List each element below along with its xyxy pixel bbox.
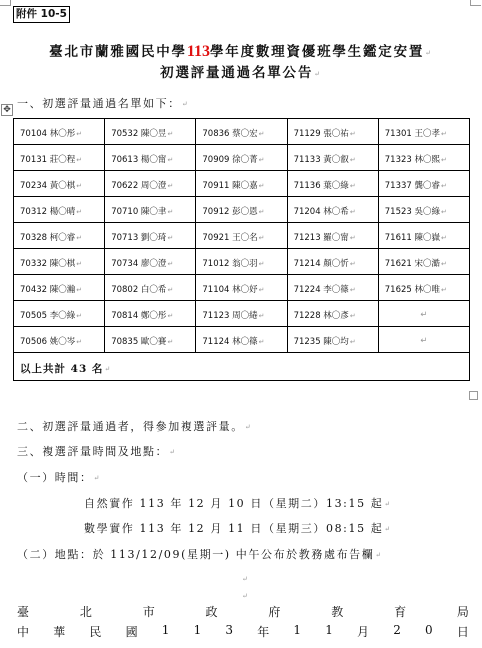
empty-cell: ↵: [378, 301, 469, 327]
student-entry: 70622 周〇澄: [111, 181, 166, 191]
table-row: 70234 黃〇棋↵70622 周〇澄↵70911 陳〇嘉↵71136 葉〇綠↵…: [14, 171, 470, 197]
date-char: 2: [393, 623, 401, 640]
student-cell: 71611 陳〇嶽↵: [378, 223, 469, 249]
page-corner-mark: [0, 0, 11, 6]
table-row: 70104 林〇彤↵70532 陳〇昱↵70836 蔡〇宏↵71129 張〇祐↵…: [14, 119, 470, 145]
student-entry: 71337 龔〇睿: [385, 181, 440, 191]
date-char: 國: [126, 623, 138, 640]
student-cell: 71133 黃〇叡↵: [287, 145, 378, 171]
table-row: 70131 莊〇程↵70613 楊〇甯↵70909 徐〇菁↵71133 黃〇叡↵…: [14, 145, 470, 171]
issue-date-line: 中華民國113年11月20日: [17, 623, 469, 640]
student-cell: 70234 黃〇棋↵: [14, 171, 105, 197]
schedule-math: 數學實作 113 年 12 月 11 日（星期三）08:15 起↵: [84, 520, 392, 536]
student-entry: 70505 李〇綠: [20, 311, 75, 321]
student-entry: 71228 林〇彥: [294, 311, 349, 321]
issuer-char: 市: [143, 603, 155, 620]
student-entry: 71621 宋〇澔: [385, 259, 440, 269]
student-cell: 70710 陳〇聿↵: [105, 197, 196, 223]
issuer-char: 政: [206, 603, 218, 620]
student-cell: 70532 陳〇昱↵: [105, 119, 196, 145]
student-entry: 71204 林〇希: [294, 207, 349, 217]
date-char: 3: [225, 623, 233, 640]
table-row: 70332 陳〇棋↵70734 廖〇澄↵71012 翁〇羽↵71214 顏〇忻↵…: [14, 249, 470, 275]
subsection-location: （二）地點：於 113/12/09(星期一) 中午公布於教務處布告欄↵: [17, 546, 383, 562]
student-entry: 70332 陳〇棋: [20, 259, 75, 269]
student-entry: 70713 劉〇琦: [111, 233, 166, 243]
student-cell: 70835 歐〇賽↵: [105, 327, 196, 353]
student-entry: 71224 李〇篠: [294, 285, 349, 295]
section-2-text: 二、初選評量通過者，得參加複選評量。↵: [17, 418, 252, 434]
student-cell: 70909 徐〇菁↵: [196, 145, 287, 171]
student-cell: 70332 陳〇棋↵: [14, 249, 105, 275]
student-cell: 70131 莊〇程↵: [14, 145, 105, 171]
student-entry: 70912 彭〇恩: [202, 207, 257, 217]
student-cell: 71323 林〇熙↵: [378, 145, 469, 171]
student-cell: 70104 林〇彤↵: [14, 119, 105, 145]
table-row: 70506 姚〇岑↵70835 歐〇賽↵71124 林〇篠↵71235 陳〇均↵…: [14, 327, 470, 353]
student-entry: 70532 陳〇昱: [111, 129, 166, 139]
school-year-highlight: 113: [187, 43, 210, 60]
student-entry: 71611 陳〇嶽: [385, 233, 440, 243]
empty-cell: ↵: [378, 327, 469, 353]
student-entry: 70911 陳〇嘉: [202, 181, 257, 191]
section-3-heading: 三、複選評量時間及地點：↵: [17, 443, 177, 459]
student-cell: 70921 王〇名↵: [196, 223, 287, 249]
student-cell: 70506 姚〇岑↵: [14, 327, 105, 353]
issuer-char: 育: [394, 603, 406, 620]
student-entry: 71214 顏〇忻: [294, 259, 349, 269]
date-char: 中: [17, 623, 29, 640]
date-char: 1: [325, 623, 333, 640]
date-char: 0: [425, 623, 433, 640]
total-count: 以上共計 43 名↵: [14, 353, 470, 381]
student-cell: 71301 王〇孝↵: [378, 119, 469, 145]
student-entry: 70921 王〇名: [202, 233, 257, 243]
issuer-char: 教: [331, 603, 343, 620]
student-entry: 70131 莊〇程: [20, 155, 75, 165]
student-cell: 71104 林〇妤↵: [196, 275, 287, 301]
issuer-char: 臺: [17, 603, 29, 620]
student-cell: 71228 林〇彥↵: [287, 301, 378, 327]
table-move-handle-icon[interactable]: ✥: [1, 104, 13, 116]
schedule-science: 自然實作 113 年 12 月 10 日（星期二）13:15 起↵: [84, 495, 392, 511]
student-cell: 70328 柯〇睿↵: [14, 223, 105, 249]
table-row: 70328 柯〇睿↵70713 劉〇琦↵70921 王〇名↵71213 羅〇甯↵…: [14, 223, 470, 249]
student-cell: 71213 羅〇甯↵: [287, 223, 378, 249]
student-cell: 70836 蔡〇宏↵: [196, 119, 287, 145]
date-char: 月: [357, 623, 369, 640]
student-entry: 71129 張〇祐: [294, 129, 349, 139]
student-entry: 70835 歐〇賽: [111, 337, 166, 347]
student-entry: 71235 陳〇均: [294, 337, 349, 347]
date-char: 民: [89, 623, 101, 640]
student-entry: 70234 黃〇棋: [20, 181, 75, 191]
passed-students-table: 70104 林〇彤↵70532 陳〇昱↵70836 蔡〇宏↵71129 張〇祐↵…: [13, 118, 470, 381]
student-entry: 71123 周〇綣: [202, 311, 257, 321]
student-cell: 71136 葉〇綠↵: [287, 171, 378, 197]
empty-paragraph: ↵: [241, 589, 249, 602]
table-total-row: 以上共計 43 名↵: [14, 353, 470, 381]
student-entry: 71012 翁〇羽: [202, 259, 257, 269]
student-entry: 70104 林〇彤: [20, 129, 75, 139]
date-char: 華: [53, 623, 65, 640]
date-char: 年: [257, 623, 269, 640]
page-corner-mark: [470, 0, 481, 6]
table-row: 70505 李〇綠↵70814 鄭〇彤↵71123 周〇綣↵71228 林〇彥↵…: [14, 301, 470, 327]
student-cell: 71235 陳〇均↵: [287, 327, 378, 353]
table-row: 70432 陳〇瀚↵70802 白〇希↵71104 林〇妤↵71224 李〇篠↵…: [14, 275, 470, 301]
attachment-label: 附件 10-5: [13, 6, 70, 23]
student-entry: 70710 陳〇聿: [111, 207, 166, 217]
issuer-char: 局: [457, 603, 469, 620]
student-cell: 71012 翁〇羽↵: [196, 249, 287, 275]
student-cell: 71523 吳〇綠↵: [378, 197, 469, 223]
issuer-char: 北: [80, 603, 92, 620]
student-entry: 70432 陳〇瀚: [20, 285, 75, 295]
date-char: 日: [457, 623, 469, 640]
student-entry: 71323 林〇熙: [385, 155, 440, 165]
student-entry: 71523 吳〇綠: [385, 207, 440, 217]
student-entry: 71104 林〇妤: [202, 285, 257, 295]
student-entry: 70802 白〇希: [111, 285, 166, 295]
table-row: 70312 楊〇晴↵70710 陳〇聿↵70912 彭〇恩↵71204 林〇希↵…: [14, 197, 470, 223]
document-title-line2: 初選評量通過名單公告↵: [0, 61, 482, 81]
section-1-heading: 一、初選評量通過名單如下：↵: [17, 95, 189, 111]
student-cell: 70312 楊〇晴↵: [14, 197, 105, 223]
student-cell: 71124 林〇篠↵: [196, 327, 287, 353]
student-cell: 71129 張〇祐↵: [287, 119, 378, 145]
student-cell: 70912 彭〇恩↵: [196, 197, 287, 223]
student-entry: 70312 楊〇晴: [20, 207, 75, 217]
student-cell: 71621 宋〇澔↵: [378, 249, 469, 275]
student-cell: 70432 陳〇瀚↵: [14, 275, 105, 301]
student-cell: 70911 陳〇嘉↵: [196, 171, 287, 197]
subsection-time-heading: （一）時間：↵: [17, 469, 101, 485]
issuer-line: 臺北市政府教育局: [17, 603, 469, 620]
student-entry: 70613 楊〇甯: [111, 155, 166, 165]
student-entry: 70836 蔡〇宏: [202, 129, 257, 139]
document-title-line1: 臺北市蘭雅國民中學113學年度數理資優班學生鑑定安置↵: [0, 40, 482, 61]
empty-paragraph: ↵: [241, 572, 249, 585]
student-cell: 70613 楊〇甯↵: [105, 145, 196, 171]
issuer-char: 府: [268, 603, 280, 620]
table-resize-handle[interactable]: [469, 391, 478, 400]
student-cell: 70814 鄭〇彤↵: [105, 301, 196, 327]
student-cell: 71123 周〇綣↵: [196, 301, 287, 327]
student-cell: 71337 龔〇睿↵: [378, 171, 469, 197]
student-cell: 71625 林〇唯↵: [378, 275, 469, 301]
student-entry: 71625 林〇唯: [385, 285, 440, 295]
student-entry: 70814 鄭〇彤: [111, 311, 166, 321]
student-entry: 71133 黃〇叡: [294, 155, 349, 165]
student-entry: 71124 林〇篠: [202, 337, 257, 347]
student-cell: 70505 李〇綠↵: [14, 301, 105, 327]
student-cell: 70802 白〇希↵: [105, 275, 196, 301]
student-cell: 71214 顏〇忻↵: [287, 249, 378, 275]
student-cell: 70713 劉〇琦↵: [105, 223, 196, 249]
student-cell: 71224 李〇篠↵: [287, 275, 378, 301]
student-entry: 71136 葉〇綠: [294, 181, 349, 191]
student-entry: 71301 王〇孝: [385, 129, 440, 139]
student-entry: 70909 徐〇菁: [202, 155, 257, 165]
student-entry: 70734 廖〇澄: [111, 259, 166, 269]
date-char: 1: [162, 623, 170, 640]
date-char: 1: [293, 623, 301, 640]
student-cell: 70622 周〇澄↵: [105, 171, 196, 197]
student-entry: 71213 羅〇甯: [294, 233, 349, 243]
student-cell: 70734 廖〇澄↵: [105, 249, 196, 275]
student-cell: 71204 林〇希↵: [287, 197, 378, 223]
student-entry: 70328 柯〇睿: [20, 233, 75, 243]
student-entry: 70506 姚〇岑: [20, 337, 75, 347]
date-char: 1: [194, 623, 202, 640]
